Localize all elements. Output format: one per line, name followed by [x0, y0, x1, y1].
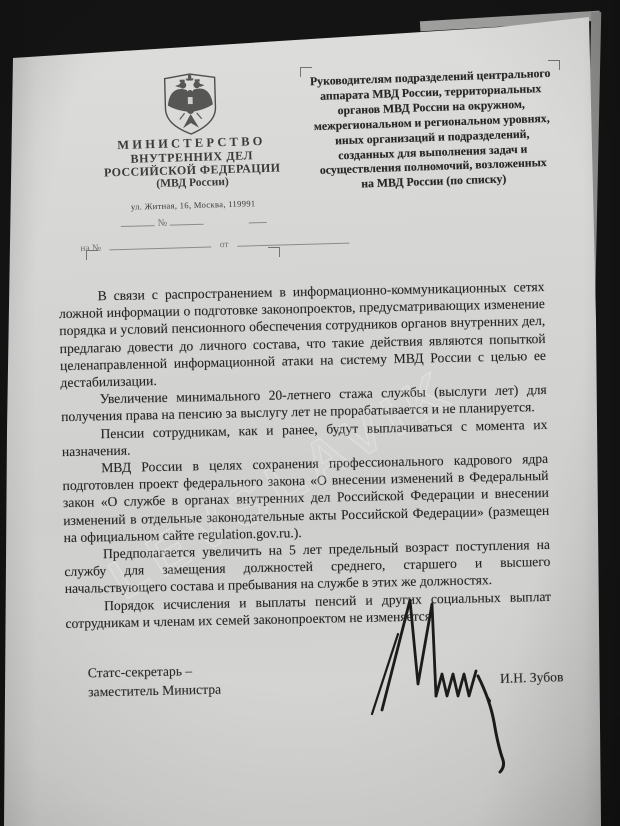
- body-paragraph: В связи с распространением в информацион…: [58, 278, 546, 391]
- document-paper: МИНИСТЕРСТВО ВНУТРЕННИХ ДЕЛ РОССИЙСКОЙ Ф…: [0, 0, 620, 826]
- signer-title-line2: заместитель Министра: [88, 680, 221, 702]
- doc-number-blank: [121, 215, 155, 227]
- letter-body: В связи с распространением в информацион…: [58, 278, 551, 632]
- corner-mark-icon: [86, 250, 98, 260]
- russia-coat-of-arms-icon: [157, 67, 223, 137]
- ref-ot-label: от: [220, 240, 229, 250]
- letterhead: МИНИСТЕРСТВО ВНУТРЕННИХ ДЕЛ РОССИЙСКОЙ Ф…: [69, 65, 314, 262]
- doc-number-line: №: [73, 211, 313, 232]
- doc-date-blank: [248, 212, 266, 223]
- photo-background: МИНИСТЕРСТВО ВНУТРЕННИХ ДЕЛ РОССИЙСКОЙ Ф…: [0, 0, 620, 826]
- addressee-block: Руководителям подразделений центрального…: [302, 66, 562, 194]
- ref-number-line: на № от: [80, 232, 360, 254]
- signature-scribble: [368, 592, 518, 784]
- number-sign: №: [157, 218, 167, 229]
- ref-date-blank: [237, 233, 349, 247]
- signer-title: Статс-секретарь – заместитель Министра: [88, 661, 222, 702]
- corner-mark-icon: [268, 247, 280, 257]
- signer-name: И.Н. Зубов: [500, 669, 564, 687]
- doc-number-blank: [169, 214, 203, 226]
- ref-number-blank: [109, 236, 211, 250]
- body-paragraph: МВД России в целях сохранения профессион…: [62, 450, 550, 546]
